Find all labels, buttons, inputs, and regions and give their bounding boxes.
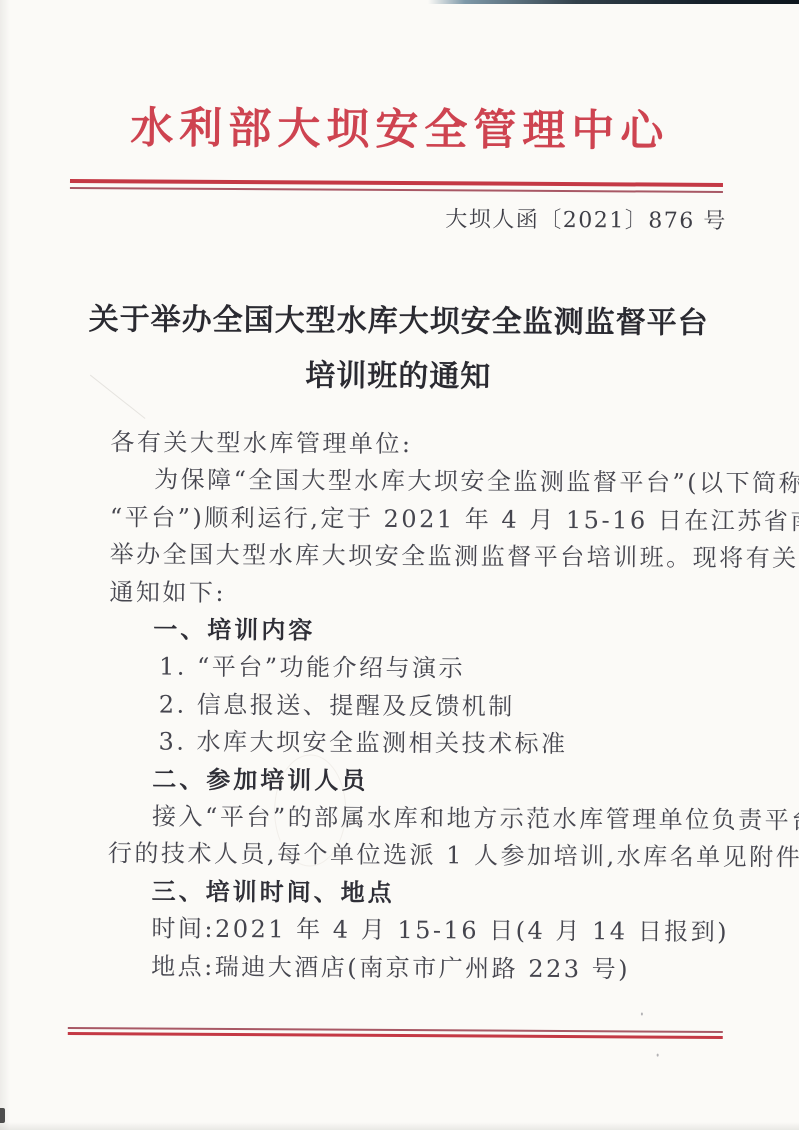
notice-body: 各有关大型水库管理单位: 为保障“全国大型水库大坝安全监测监督平台”(以下简称 … xyxy=(107,424,750,989)
salutation: 各有关大型水库管理单位: xyxy=(110,424,750,465)
letterhead-org-name: 水利部大坝安全管理中心 xyxy=(0,94,799,160)
section1-heading: 一、培训内容 xyxy=(109,611,749,652)
scan-artifact-top-edge xyxy=(428,0,799,4)
scan-speck xyxy=(641,1012,643,1015)
section2-line1: 接入“平台”的部属水库和地方示范水库管理单位负责平台运 xyxy=(108,798,748,839)
letterhead-rule-thick xyxy=(70,179,723,186)
scan-left-edge-shading xyxy=(0,0,10,1130)
letterhead-rule-thin xyxy=(70,187,723,192)
para1-line4: 通知如下: xyxy=(109,574,749,615)
para1-line3: 举办全国大型水库大坝安全监测监督平台培训班。现将有关事项 xyxy=(110,536,750,577)
scan-artifact-bottom-left xyxy=(0,1108,5,1123)
section3-venue-line: 地点:瑞迪大酒店(南京市广州路 223 号) xyxy=(107,948,747,989)
scan-speck xyxy=(657,1054,659,1057)
section1-item1: 1. “平台”功能介绍与演示 xyxy=(109,649,749,690)
para1-line2: “平台”)顺利运行,定于 2021 年 4 月 15-16 日在江苏省南京市 xyxy=(110,499,750,540)
scanned-notice-page: 水利部大坝安全管理中心 大坝人函〔2021〕876 号 关于举办全国大型水库大坝… xyxy=(0,0,799,1130)
doc-number: 大坝人函〔2021〕876 号 xyxy=(445,202,727,235)
para1-line1: 为保障“全国大型水库大坝安全监测监督平台”(以下简称 xyxy=(110,462,750,503)
footer-rule-thick xyxy=(68,1031,723,1039)
section2-line2: 行的技术人员,每个单位选派 1 人参加培训,水库名单见附件 1。 xyxy=(108,836,748,877)
section1-item2: 2. 信息报送、提醒及反馈机制 xyxy=(109,686,749,727)
section2-heading: 二、参加培训人员 xyxy=(108,761,748,802)
section3-heading: 三、培训时间、地点 xyxy=(108,873,748,914)
section1-item3: 3. 水库大坝安全监测相关技术标准 xyxy=(108,723,748,764)
scan-ring-artifact xyxy=(274,754,347,866)
notice-title-line1: 关于举办全国大型水库大坝安全监测监督平台 xyxy=(0,292,798,352)
scan-bottom-edge-shading xyxy=(0,1122,799,1130)
section3-time-line: 时间:2021 年 4 月 15-16 日(4 月 14 日报到) xyxy=(107,911,747,952)
notice-title: 关于举办全国大型水库大坝安全监测监督平台 培训班的通知 xyxy=(0,292,798,407)
